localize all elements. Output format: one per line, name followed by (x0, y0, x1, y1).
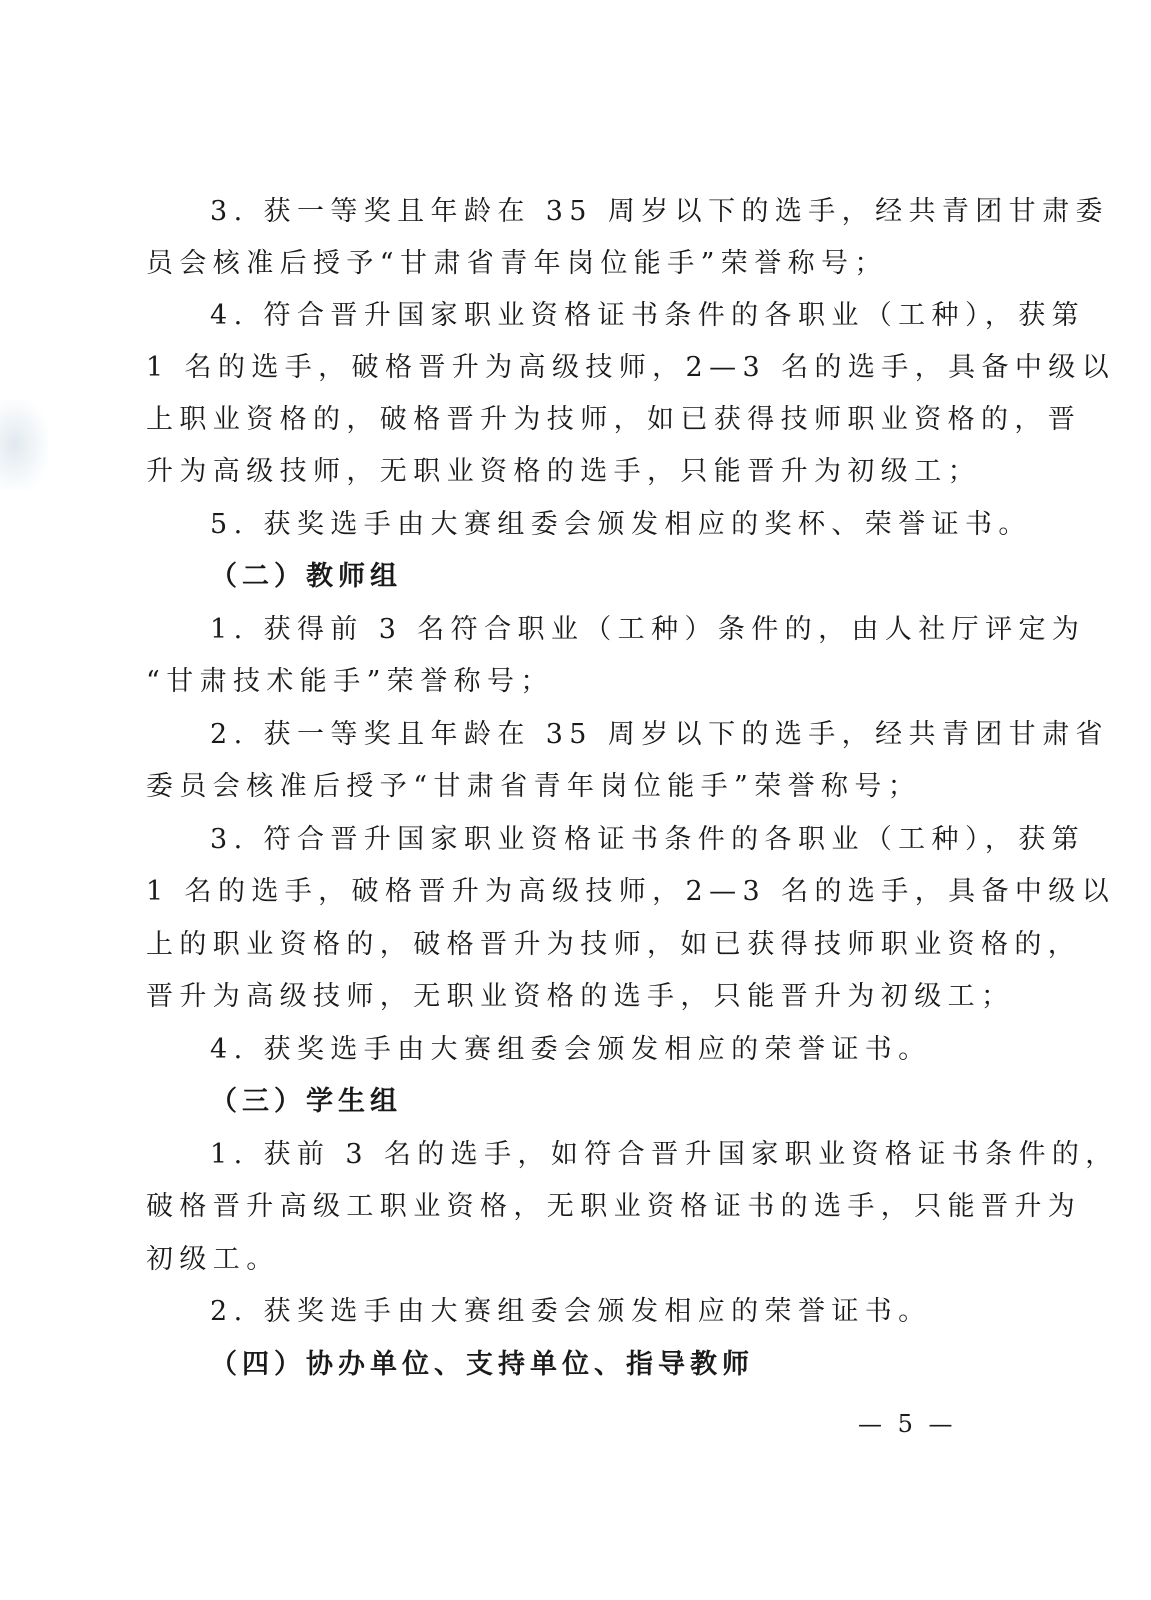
paragraph-line: “甘肃技术能手”荣誉称号； (146, 662, 554, 702)
scan-artifact (0, 400, 48, 490)
paragraph-line: 4. 符合晋升国家职业资格证书条件的各职业（工种），获第 (210, 296, 1085, 336)
paragraph-line: 3. 获一等奖且年龄在 35 周岁以下的选手，经共青团甘肃委 (210, 192, 1109, 232)
paragraph-line: 晋升为高级技师，无职业资格的选手，只能晋升为初级工； (146, 977, 1014, 1017)
paragraph-line: 员会核准后授予“甘肃省青年岗位能手”荣誉称号； (146, 244, 888, 284)
section-heading-student-group: （三）学生组 (210, 1082, 402, 1122)
paragraph-line: 破格晋升高级工职业资格，无职业资格证书的选手，只能晋升为 (146, 1187, 1081, 1227)
paragraph-line: 3. 符合晋升国家职业资格证书条件的各职业（工种），获第 (210, 820, 1085, 860)
paragraph-line: 1. 获前 3 名的选手，如符合晋升国家职业资格证书条件的， (210, 1135, 1119, 1175)
paragraph-line: 初级工。 (146, 1240, 280, 1280)
paragraph-line: 2. 获一等奖且年龄在 35 周岁以下的选手，经共青团甘肃省 (210, 715, 1109, 755)
paragraph-line: 升为高级技师，无职业资格的选手，只能晋升为初级工； (146, 452, 981, 492)
paragraph-line: 1 名的选手，破格晋升为高级技师，2—3 名的选手，具备中级以 (146, 872, 1115, 912)
page-number: — 5 — (858, 1410, 957, 1438)
section-heading-co-organizers: （四）协办单位、支持单位、指导教师 (210, 1345, 754, 1385)
section-heading-teacher-group: （二）教师组 (210, 557, 402, 597)
paragraph-line: 2. 获奖选手由大赛组委会颁发相应的荣誉证书。 (210, 1292, 932, 1332)
paragraph-line: 上职业资格的，破格晋升为技师，如已获得技师职业资格的，晋 (146, 400, 1081, 440)
paragraph-line: 委员会核准后授予“甘肃省青年岗位能手”荣誉称号； (146, 767, 921, 807)
paragraph-line: 1 名的选手，破格晋升为高级技师，2—3 名的选手，具备中级以 (146, 348, 1115, 388)
paragraph-line: 上的职业资格的，破格晋升为技师，如已获得技师职业资格的， (146, 925, 1081, 965)
paragraph-line: 5. 获奖选手由大赛组委会颁发相应的奖杯、荣誉证书。 (210, 505, 1032, 545)
paragraph-line: 4. 获奖选手由大赛组委会颁发相应的荣誉证书。 (210, 1030, 932, 1070)
paragraph-line: 1. 获得前 3 名符合职业（工种）条件的，由人社厅评定为 (210, 610, 1085, 650)
